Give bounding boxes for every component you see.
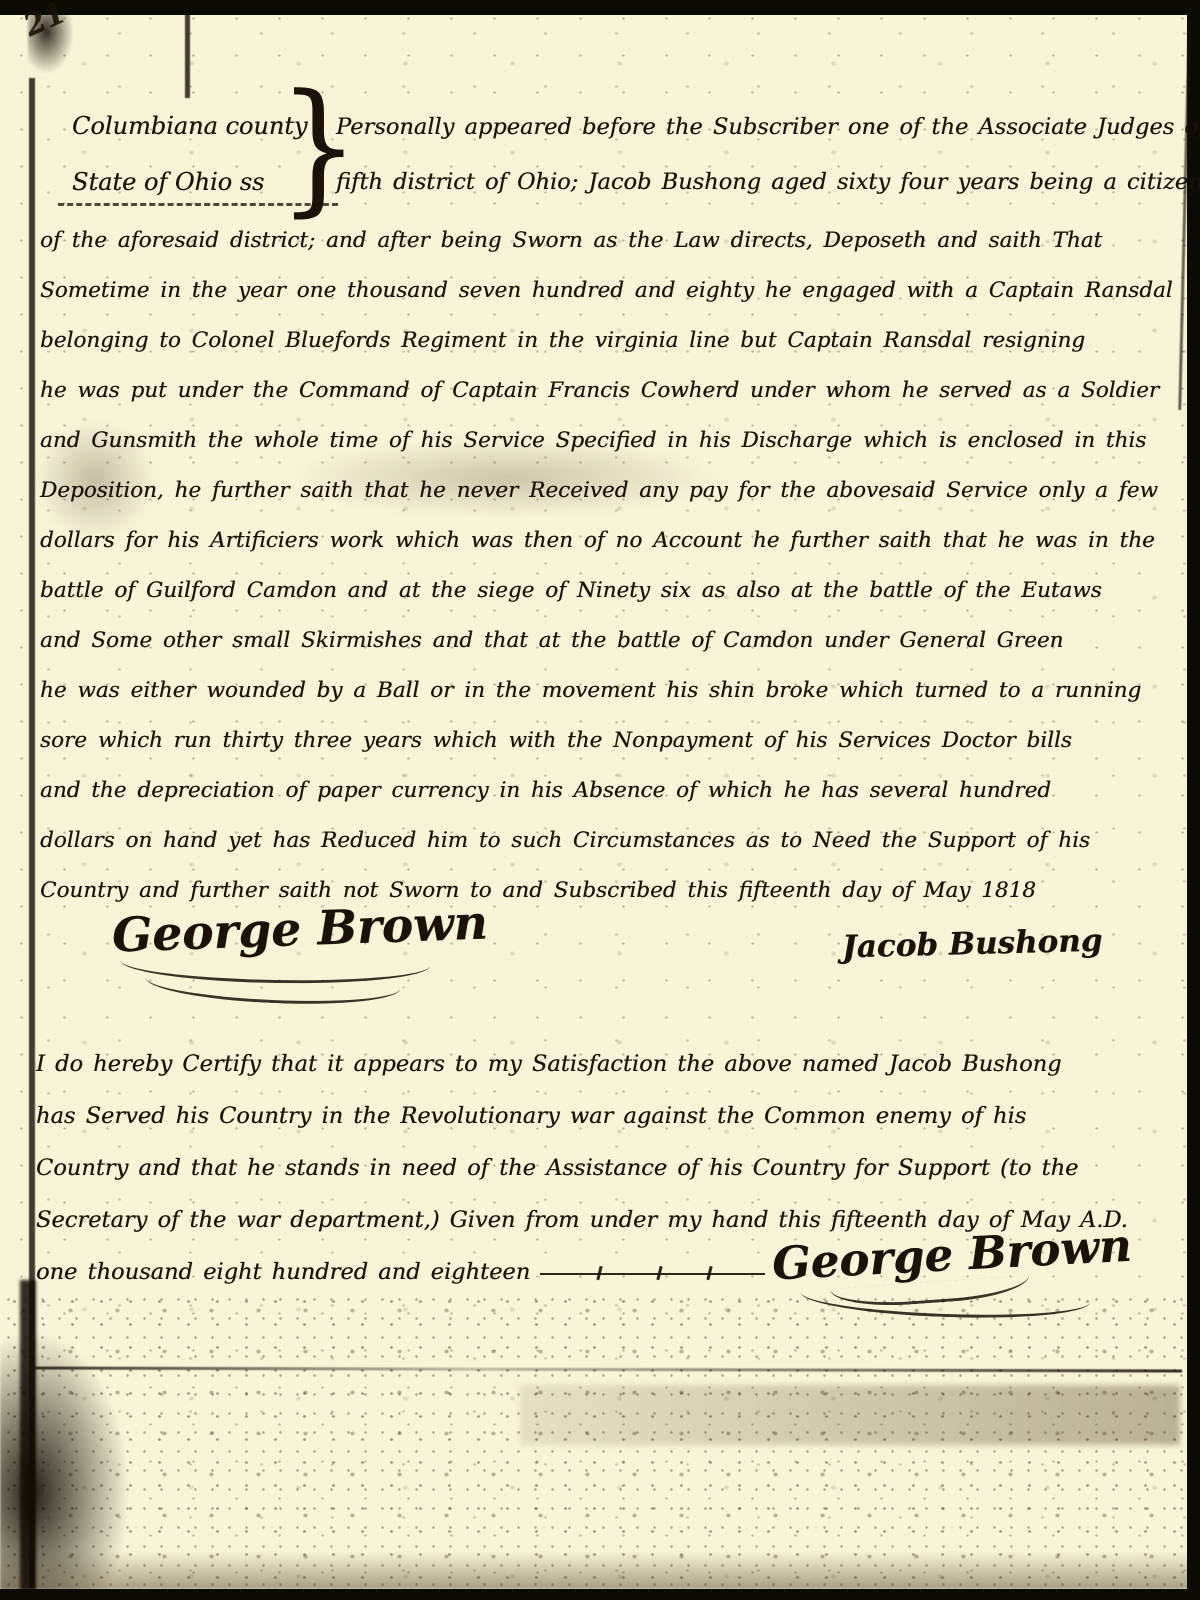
deposition-line: belonging to Colonel Bluefords Regiment … [40, 316, 1170, 366]
deposition-intro: Personally appeared before the Subscribe… [336, 100, 1166, 210]
certification-line: I do hereby Certify that it appears to m… [36, 1038, 1170, 1090]
deposition-line: and Gunsmith the whole time of his Servi… [40, 416, 1170, 466]
scan-edge-bottom-shade [0, 1551, 1200, 1589]
deposition-line: he was either wounded by a Ball or in th… [40, 666, 1170, 716]
ink-stain [185, 13, 190, 98]
venue-block: Columbiana county State of Ohio ss [72, 98, 307, 210]
intro-line: fifth district of Ohio; Jacob Bushong ag… [336, 155, 1166, 210]
deposition-line: sore which run thirty three years which … [40, 716, 1170, 766]
intro-line: Personally appeared before the Subscribe… [336, 100, 1166, 155]
signature-jacob-bushong: Jacob Bushong [842, 923, 1103, 966]
paper-speckle-dense-bottom [0, 1290, 1200, 1590]
scanned-document-page: 21 Columbiana county State of Ohio ss } … [0, 0, 1200, 1600]
signature-george-brown: George Brown [111, 895, 488, 963]
deposition-line: and Some other small Skirmishes and that… [40, 616, 1170, 666]
scan-edge-bottom [0, 1589, 1200, 1600]
pen-flourish-dashes [540, 1266, 765, 1280]
state-line: State of Ohio ss [72, 154, 307, 210]
deposition-line: dollars for his Artificiers work which w… [40, 516, 1170, 566]
certification-line: has Served his Country in the Revolution… [36, 1090, 1170, 1142]
deposition-line: Deposition, he further saith that he nev… [40, 466, 1170, 516]
certification-line: Country and that he stands in need of th… [36, 1142, 1170, 1194]
pen-rule-dashed [58, 203, 338, 206]
ink-stain [520, 1385, 1180, 1445]
certification-line-text: one thousand eight hundred and eighteen [36, 1259, 530, 1285]
deposition-line: battle of Guilford Camdon and at the sie… [40, 566, 1170, 616]
deposition-line: Sometime in the year one thousand seven … [40, 266, 1170, 316]
scan-edge-right [1187, 0, 1200, 1600]
ink-stain [20, 1280, 36, 1590]
county-line: Columbiana county [72, 98, 307, 154]
deposition-line: and the depreciation of paper currency i… [40, 766, 1170, 816]
paper-crease-line [34, 1366, 1182, 1372]
signature-flourish [145, 976, 401, 1008]
deposition-line: dollars on hand yet has Reduced him to s… [40, 816, 1170, 866]
deposition-line: of the aforesaid district; and after bei… [40, 216, 1170, 266]
deposition-line: he was put under the Command of Captain … [40, 366, 1170, 416]
scan-edge-top [0, 0, 1200, 15]
deposition-body: of the aforesaid district; and after bei… [40, 216, 1170, 916]
